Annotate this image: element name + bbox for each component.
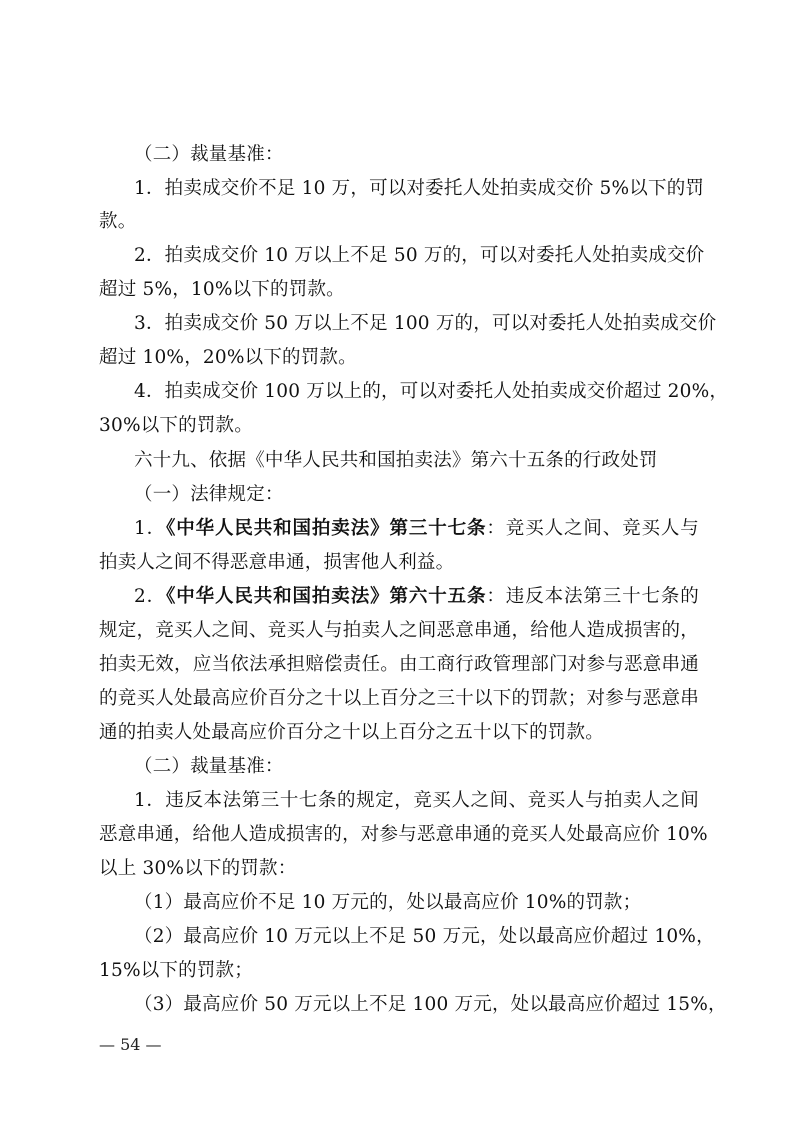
paragraph-line: 通的拍卖人处最高应价百分之十以上百分之五十以下的罚款。 [99,721,699,745]
paragraph-line: 2．拍卖成交价 10 万以上不足 50 万的，可以对委托人处拍卖成交价 [134,244,699,268]
item-number: 1． [134,518,166,539]
sub-item-line: （3）最高应价 50 万元以上不足 100 万元，处以最高应价超过 15%， [134,993,699,1017]
paragraph-line: 拍卖无效，应当依法承担赔偿责任。由工商行政管理部门对参与恶意串通 [99,653,699,677]
paragraph-line: 超过 10%，20%以下的罚款。 [99,346,699,370]
section-heading-discretion-standard: （二）裁量基准： [134,755,734,779]
article-heading: 六十九、依据《中华人民共和国拍卖法》第六十五条的行政处罚 [134,449,734,473]
paragraph-line: 规定，竞买人之间、竞买人与拍卖人之间恶意串通，给他人造成损害的， [99,619,699,643]
paragraph-line-legal-citation: 1．《中华人民共和国拍卖法》第三十七条：竞买人之间、竞买人与 [134,517,699,541]
paragraph-line: 超过 5%，10%以下的罚款。 [99,278,699,302]
section-heading-discretion-standard: （二）裁量基准： [134,143,734,167]
paragraph-line: 3．拍卖成交价 50 万以上不足 100 万的，可以对委托人处拍卖成交价 [134,312,699,336]
citation-text: ：竞买人之间、竞买人与 [486,518,699,539]
paragraph-line-legal-citation: 2．《中华人民共和国拍卖法》第六十五条：违反本法第三十七条的 [134,585,699,609]
paragraph-line: 以上 30%以下的罚款： [99,857,699,881]
law-citation-bold: 《中华人民共和国拍卖法》第三十七条 [166,518,486,539]
page-number: — 54 — [99,1035,162,1055]
paragraph-line: 4．拍卖成交价 100 万以上的，可以对委托人处拍卖成交价超过 20%， [134,380,699,404]
paragraph-line: 的竞买人处最高应价百分之十以上百分之三十以下的罚款；对参与恶意串 [99,687,699,711]
section-heading-legal-provision: （一）法律规定： [134,483,734,507]
paragraph-line: 恶意串通，给他人造成损害的，对参与恶意串通的竞买人处最高应价 10% [99,823,699,847]
item-number: 2． [134,586,166,607]
paragraph-line: 1．拍卖成交价不足 10 万，可以对委托人处拍卖成交价 5%以下的罚 [134,177,699,201]
sub-item-line: （1）最高应价不足 10 万元的，处以最高应价 10%的罚款； [134,891,734,915]
citation-text: ：违反本法第三十七条的 [486,586,699,607]
document-page: （二）裁量基准： 1．拍卖成交价不足 10 万，可以对委托人处拍卖成交价 5%以… [0,0,793,1122]
paragraph-line: 1．违反本法第三十七条的规定，竞买人之间、竞买人与拍卖人之间 [134,789,699,813]
sub-item-line: （2）最高应价 10 万元以上不足 50 万元，处以最高应价超过 10%， [134,925,699,949]
paragraph-line: 30%以下的罚款。 [99,414,699,438]
paragraph-line: 15%以下的罚款； [99,959,699,983]
law-citation-bold: 《中华人民共和国拍卖法》第六十五条 [166,586,486,607]
paragraph-line: 拍卖人之间不得恶意串通，损害他人利益。 [99,551,699,575]
paragraph-line: 款。 [99,210,699,234]
